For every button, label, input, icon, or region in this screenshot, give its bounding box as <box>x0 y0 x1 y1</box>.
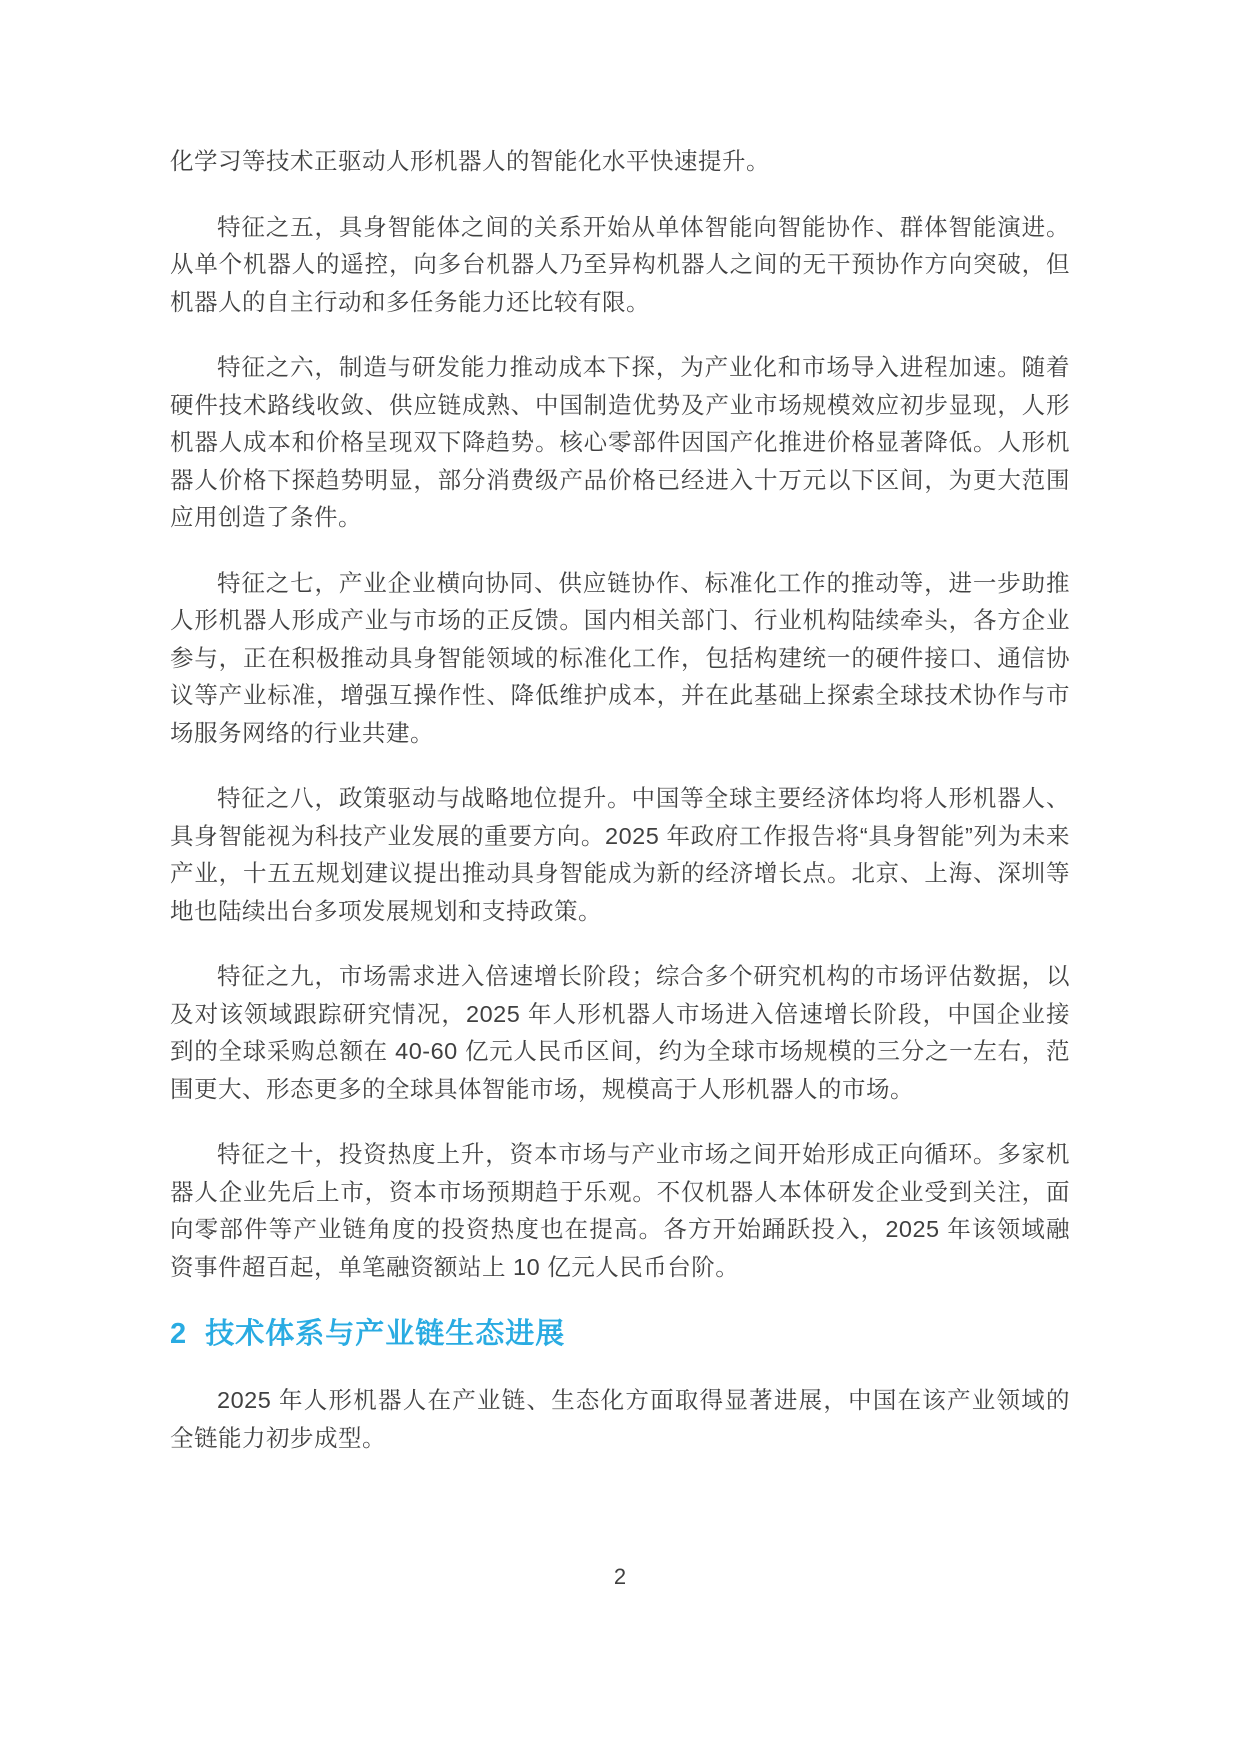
page-number: 2 <box>0 1563 1240 1591</box>
body-paragraph-section-intro: 2025 年人形机器人在产业链、生态化方面取得显著进展，中国在该产业领域的全链能… <box>170 1382 1070 1457</box>
body-paragraph-feature-9: 特征之九，市场需求进入倍速增长阶段；综合多个研究机构的市场评估数据，以及对该领域… <box>170 958 1070 1108</box>
body-paragraph-feature-6: 特征之六，制造与研发能力推动成本下探，为产业化和市场导入进程加速。随着硬件技术路… <box>170 349 1070 537</box>
page-content: 化学习等技术正驱动人形机器人的智能化水平快速提升。 特征之五，具身智能体之间的关… <box>170 143 1070 1485</box>
body-paragraph-feature-8: 特征之八，政策驱动与战略地位提升。中国等全球主要经济体均将人形机器人、具身智能视… <box>170 780 1070 930</box>
body-paragraph-continuation: 化学习等技术正驱动人形机器人的智能化水平快速提升。 <box>170 143 1070 181</box>
body-paragraph-feature-7: 特征之七，产业企业横向协同、供应链协作、标准化工作的推动等，进一步助推人形机器人… <box>170 565 1070 753</box>
document-page: 化学习等技术正驱动人形机器人的智能化水平快速提升。 特征之五，具身智能体之间的关… <box>0 0 1240 1754</box>
body-paragraph-feature-10: 特征之十，投资热度上升，资本市场与产业市场之间开始形成正向循环。多家机器人企业先… <box>170 1136 1070 1286</box>
body-paragraph-feature-5: 特征之五，具身智能体之间的关系开始从单体智能向智能协作、群体智能演进。从单个机器… <box>170 209 1070 322</box>
section-heading: 2 技术体系与产业链生态进展 <box>170 1314 1070 1354</box>
